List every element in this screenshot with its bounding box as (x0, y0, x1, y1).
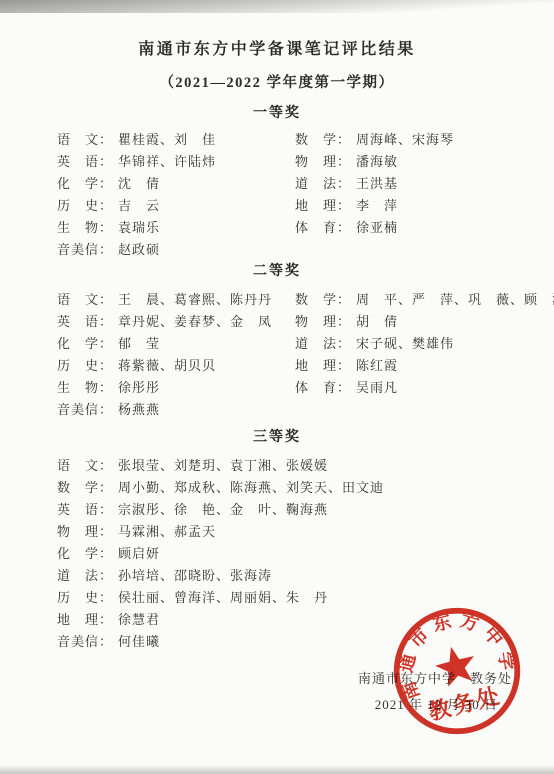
winner-names: 袁瑞乐 (118, 220, 160, 235)
award-row: 化 学：郁 莹 (57, 333, 295, 355)
award-row: 语 文：张垠莹、刘楚玥、袁丁湘、张媛媛 (57, 455, 554, 477)
award-row: 历 史：蒋紫薇、胡贝贝 (57, 355, 295, 377)
award-row: 数 学：周海峰、宋海琴 (295, 129, 554, 151)
award-row: 生 物：徐彤彤 (57, 377, 295, 399)
subject-label: 物 理： (295, 314, 351, 329)
subject-label: 英 语： (57, 154, 113, 169)
subject-label: 体 育： (295, 220, 351, 235)
winner-names: 顾启妍 (118, 546, 160, 561)
award-row: 化 学：顾启妍 (57, 543, 554, 565)
winner-names: 徐慧君 (118, 612, 160, 627)
second-prize-right-column: 数 学：周 平、严 萍、巩 薇、顾 潼 物 理：胡 倩 道 法：宋子砚、樊雄伟 … (295, 289, 554, 421)
subject-label: 语 文： (57, 458, 113, 473)
subject-label: 物 理： (57, 524, 113, 539)
winner-names: 胡 倩 (356, 314, 398, 329)
winner-names: 王 晨、葛睿熙、陈丹丹 (118, 292, 272, 307)
subject-label: 数 学： (295, 292, 351, 307)
subject-label: 语 文： (57, 132, 113, 147)
award-row: 地 理：徐慧君 (57, 609, 554, 631)
subject-label: 音美信： (57, 402, 113, 417)
section-heading-third-prize: 三等奖 (0, 429, 554, 447)
subject-label: 数 学： (295, 132, 351, 147)
winner-names: 潘海敏 (356, 154, 398, 169)
winner-names: 张垠莹、刘楚玥、袁丁湘、张媛媛 (118, 458, 328, 473)
award-row: 生 物：袁瑞乐 (57, 217, 295, 239)
subject-label: 道 法： (57, 568, 113, 583)
winner-names: 吴雨凡 (356, 380, 398, 395)
third-prize-list: 语 文：张垠莹、刘楚玥、袁丁湘、张媛媛 数 学：周小勤、郑成秋、陈海燕、刘笑天、… (0, 455, 554, 653)
award-row: 化 学：沈 倩 (57, 173, 295, 195)
winner-names: 瞿桂霞、刘 佳 (118, 132, 216, 147)
subject-label: 历 史： (57, 198, 113, 213)
award-row: 英 语：宗淑彤、徐 艳、金 叶、鞠海燕 (57, 499, 554, 521)
award-row: 音美信：杨燕燕 (57, 399, 295, 421)
second-prize-list: 语 文：王 晨、葛睿熙、陈丹丹 英 语：章丹妮、姜春梦、金 凤 化 学：郁 莹 … (0, 289, 554, 421)
award-row: 历 史：侯壮丽、曾海洋、周丽娟、朱 丹 (57, 587, 554, 609)
subject-label: 体 育： (295, 380, 351, 395)
second-prize-left-column: 语 文：王 晨、葛睿熙、陈丹丹 英 语：章丹妮、姜春梦、金 凤 化 学：郁 莹 … (57, 289, 295, 421)
subject-label: 化 学： (57, 336, 113, 351)
award-row: 英 语：华锦祥、许陆炜 (57, 151, 295, 173)
subject-label: 化 学： (57, 546, 113, 561)
winner-names: 何佳曦 (118, 634, 160, 649)
award-row: 地 理：李 萍 (295, 195, 554, 217)
winner-names: 周 平、严 萍、巩 薇、顾 潼 (356, 292, 554, 307)
subject-label: 地 理： (295, 198, 351, 213)
signature-org: 南通市东方中学 教务处 (358, 668, 512, 687)
subject-label: 数 学： (57, 480, 113, 495)
winner-names: 赵政硕 (118, 242, 160, 257)
winner-names: 周小勤、郑成秋、陈海燕、刘笑天、田文迪 (118, 480, 384, 495)
section-heading-second-prize: 二等奖 (0, 263, 554, 281)
subject-label: 地 理： (295, 358, 351, 373)
subject-label: 语 文： (57, 292, 113, 307)
winner-names: 徐彤彤 (118, 380, 160, 395)
subject-label: 道 法： (295, 176, 351, 191)
winner-names: 侯壮丽、曾海洋、周丽娟、朱 丹 (118, 590, 328, 605)
winner-names: 华锦祥、许陆炜 (118, 154, 216, 169)
winner-names: 杨燕燕 (118, 402, 160, 417)
subject-label: 历 史： (57, 358, 113, 373)
award-row: 道 法：宋子砚、樊雄伟 (295, 333, 554, 355)
first-prize-left-column: 语 文：瞿桂霞、刘 佳 英 语：华锦祥、许陆炜 化 学：沈 倩 历 史：吉 云 … (57, 129, 295, 261)
document-page: 南通市东方中学备课笔记评比结果 （2021—2022 学年度第一学期） 一等奖 … (0, 0, 554, 653)
subject-label: 地 理： (57, 612, 113, 627)
subject-label: 历 史： (57, 590, 113, 605)
award-row: 物 理：潘海敏 (295, 151, 554, 173)
subject-label: 音美信： (57, 242, 113, 257)
winner-names: 吉 云 (118, 198, 160, 213)
award-row: 音美信：何佳曦 (57, 631, 554, 653)
winner-names: 郁 莹 (118, 336, 160, 351)
subject-label: 物 理： (295, 154, 351, 169)
award-row: 音美信：赵政硕 (57, 239, 295, 261)
award-row: 历 史：吉 云 (57, 195, 295, 217)
subject-label: 生 物： (57, 380, 113, 395)
award-row: 英 语：章丹妮、姜春梦、金 凤 (57, 311, 295, 333)
subject-label: 英 语： (57, 314, 113, 329)
winner-names: 李 萍 (356, 198, 398, 213)
award-row: 体 育：徐亚楠 (295, 217, 554, 239)
subject-label: 化 学： (57, 176, 113, 191)
award-row: 数 学：周 平、严 萍、巩 薇、顾 潼 (295, 289, 554, 311)
award-row: 语 文：王 晨、葛睿熙、陈丹丹 (57, 289, 295, 311)
award-row: 物 理：马霖湘、郝孟天 (57, 521, 554, 543)
first-prize-right-column: 数 学：周海峰、宋海琴 物 理：潘海敏 道 法：王洪基 地 理：李 萍 体 育：… (295, 129, 554, 261)
winner-names: 宗淑彤、徐 艳、金 叶、鞠海燕 (118, 502, 328, 517)
award-row: 地 理：陈红霞 (295, 355, 554, 377)
winner-names: 蒋紫薇、胡贝贝 (118, 358, 216, 373)
award-row: 道 法：孙培培、邵晓盼、张海涛 (57, 565, 554, 587)
award-row: 道 法：王洪基 (295, 173, 554, 195)
signature-date: 2021 年 12 月 30 日 (375, 694, 498, 713)
first-prize-list: 语 文：瞿桂霞、刘 佳 英 语：华锦祥、许陆炜 化 学：沈 倩 历 史：吉 云 … (0, 129, 554, 261)
award-row: 语 文：瞿桂霞、刘 佳 (57, 129, 295, 151)
winner-names: 周海峰、宋海琴 (356, 132, 454, 147)
award-row: 体 育：吴雨凡 (295, 377, 554, 399)
winner-names: 马霖湘、郝孟天 (118, 524, 216, 539)
award-row: 物 理：胡 倩 (295, 311, 554, 333)
winner-names: 陈红霞 (356, 358, 398, 373)
page-subtitle: （2021—2022 学年度第一学期） (0, 71, 554, 92)
subject-label: 道 法： (295, 336, 351, 351)
subject-label: 英 语： (57, 502, 113, 517)
section-heading-first-prize: 一等奖 (0, 105, 554, 123)
winner-names: 章丹妮、姜春梦、金 凤 (118, 314, 272, 329)
winner-names: 沈 倩 (118, 176, 160, 191)
page-title: 南通市东方中学备课笔记评比结果 (0, 36, 554, 59)
scan-edge-bottom (0, 765, 554, 774)
winner-names: 孙培培、邵晓盼、张海涛 (118, 568, 272, 583)
subject-label: 音美信： (57, 634, 113, 649)
subject-label: 生 物： (57, 220, 113, 235)
winner-names: 王洪基 (356, 176, 398, 191)
award-row: 数 学：周小勤、郑成秋、陈海燕、刘笑天、田文迪 (57, 477, 554, 499)
winner-names: 徐亚楠 (356, 220, 398, 235)
winner-names: 宋子砚、樊雄伟 (356, 336, 454, 351)
